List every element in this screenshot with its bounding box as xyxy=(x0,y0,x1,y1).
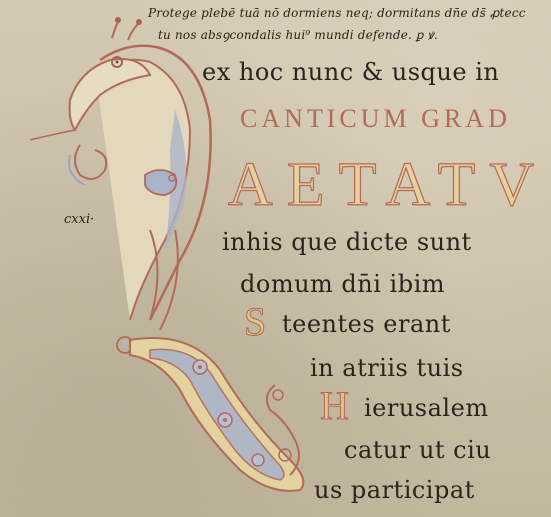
top-note-line-2: tu nos absꝯcondalis hui⁹ mundi defende. … xyxy=(158,26,438,43)
text-line-2: inhis que dicte sunt xyxy=(222,228,472,256)
text-line-5: in atriis tuis xyxy=(310,354,464,382)
text-line-6: ierusalem xyxy=(364,394,489,422)
text-line-3: domum dn̄i ibim xyxy=(240,270,445,298)
text-line-4: teentes erant xyxy=(282,310,451,338)
text-line-1: ex hoc nunc & usque in xyxy=(202,58,499,86)
text-line-7: catur ut ciu xyxy=(344,436,491,464)
display-capitals: AETATV xyxy=(228,150,548,221)
decorated-initial-H: H xyxy=(320,382,349,429)
text-line-8: us participat xyxy=(314,476,475,504)
margin-psalm-number: cxxi· xyxy=(64,212,94,227)
rubric-title: CANTICUM GRAD xyxy=(240,104,511,134)
decorated-initial-S: S xyxy=(244,298,266,345)
top-note-line-1: Protege plebē tuā nō dormiens neq; dormi… xyxy=(148,6,526,20)
